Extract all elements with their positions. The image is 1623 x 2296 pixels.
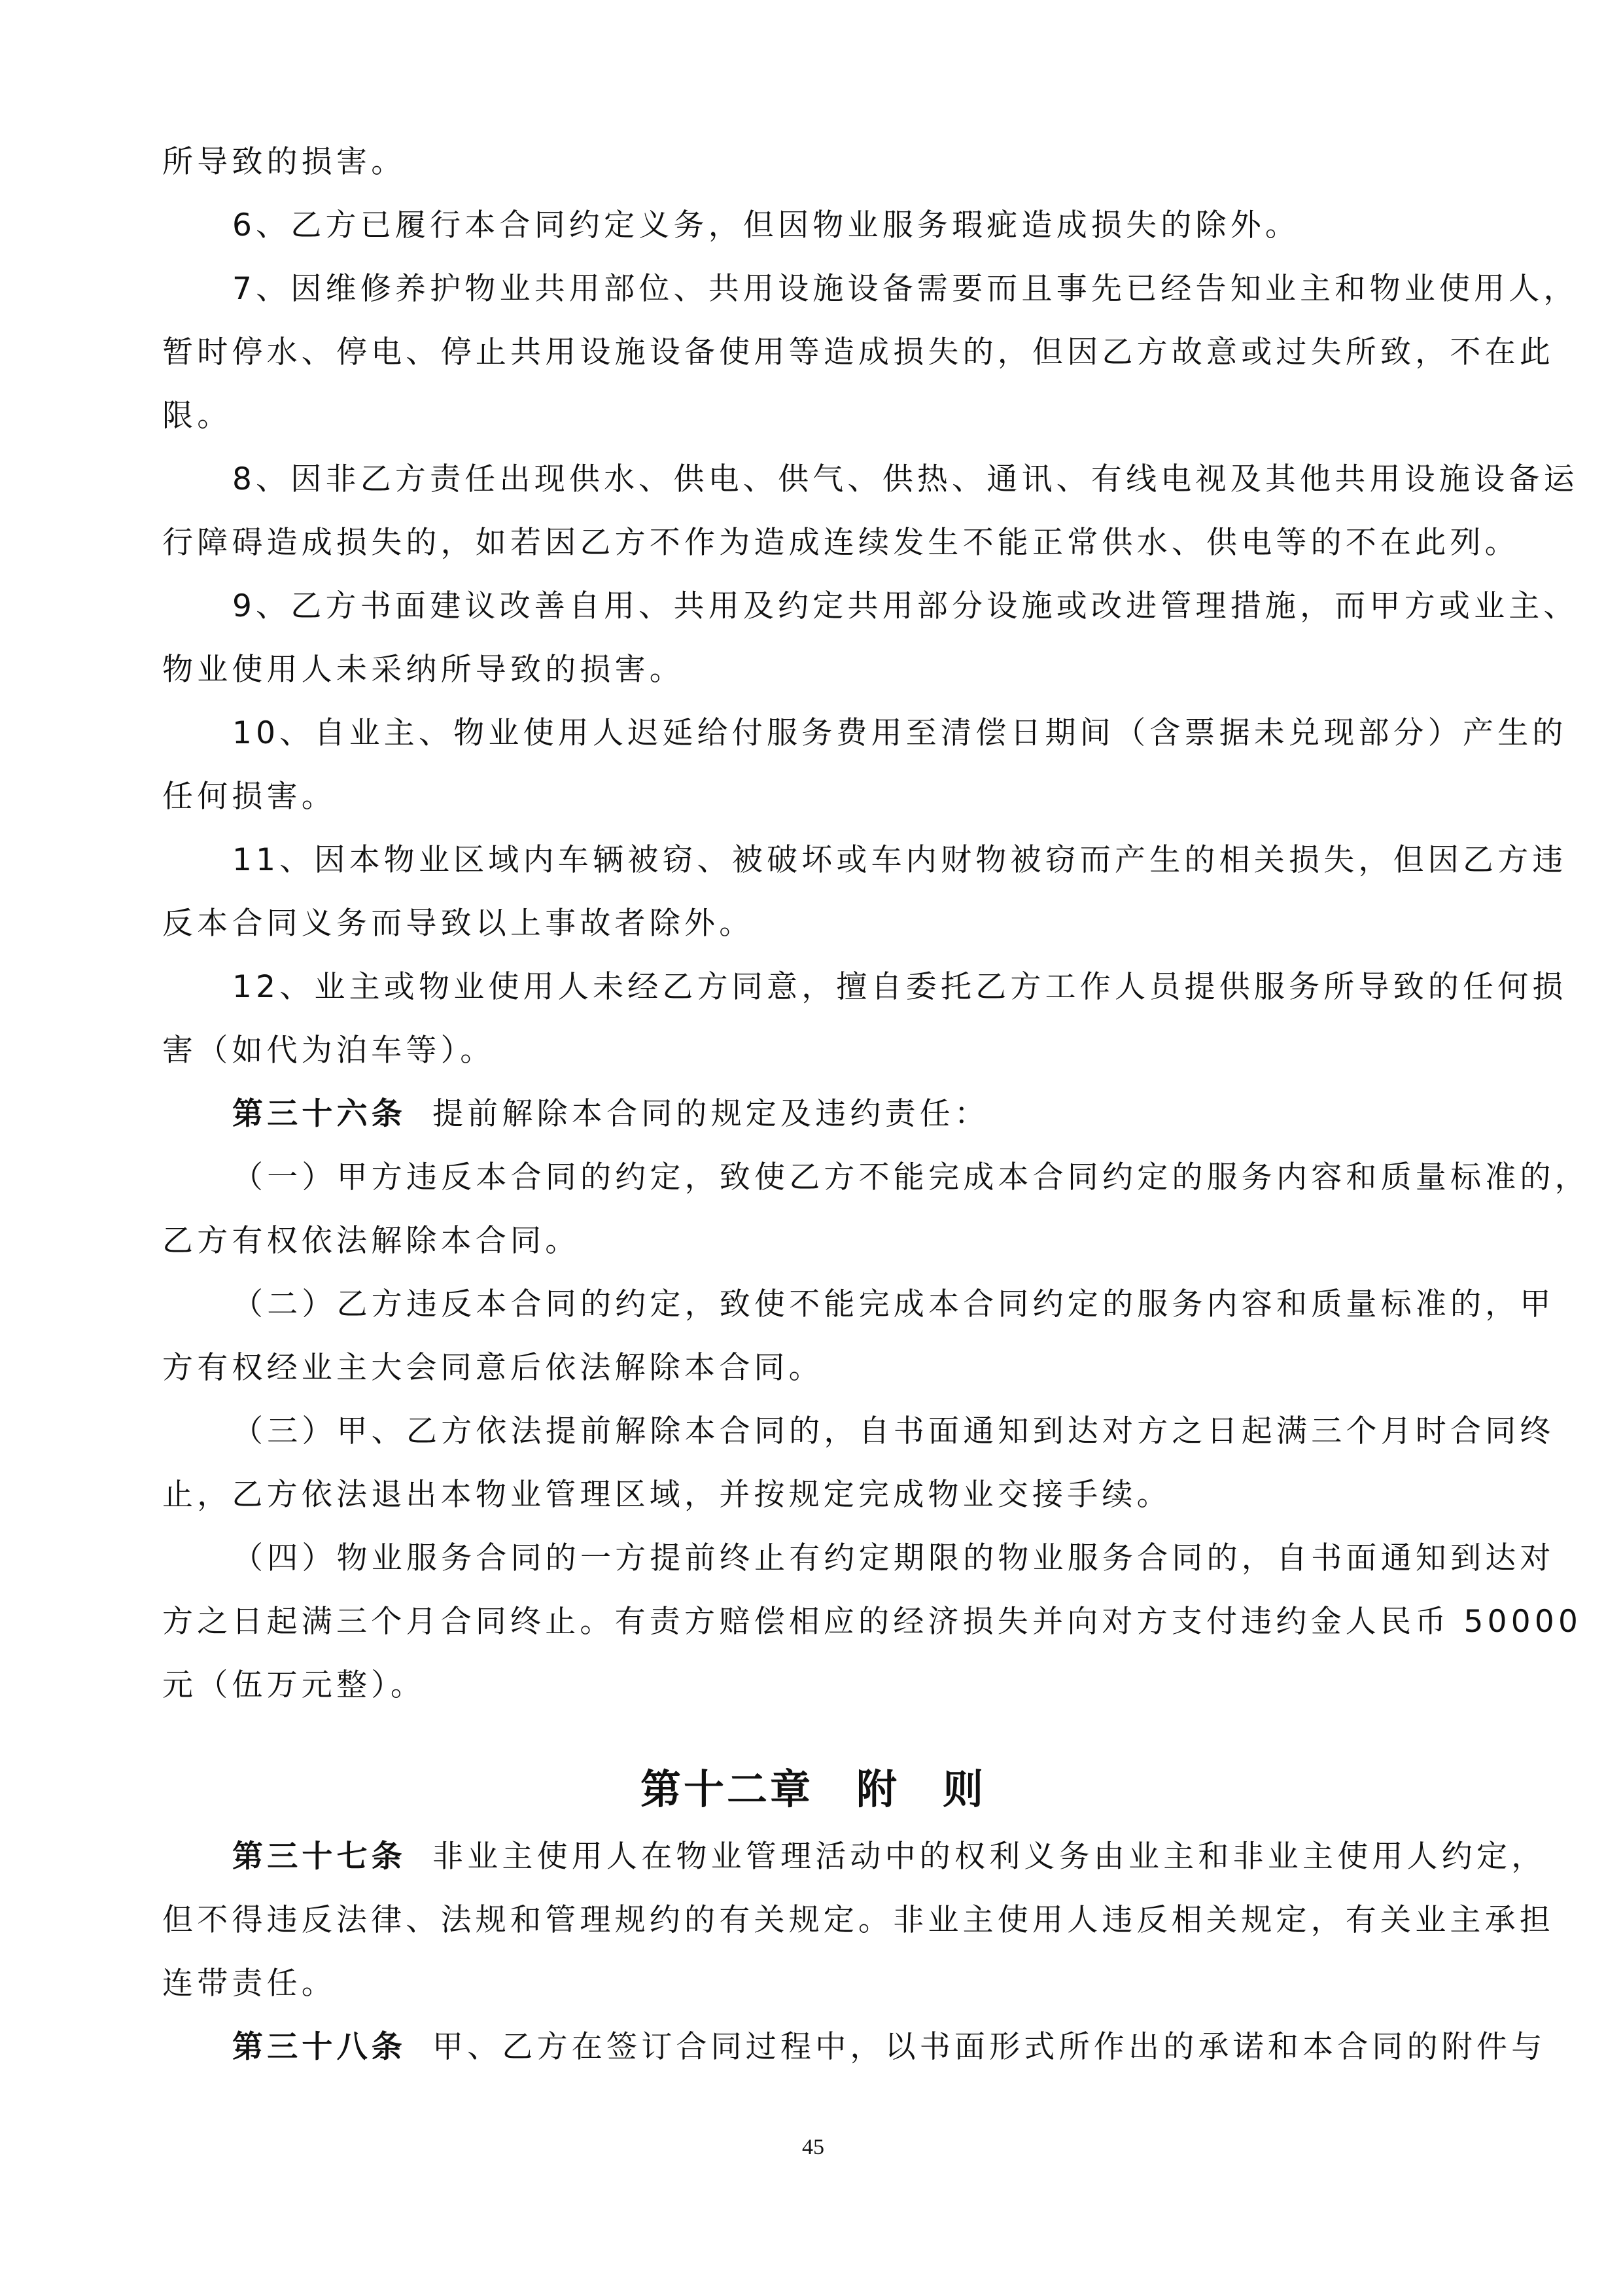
line-text: 非业主使用人在物业管理活动中的权利义务由业主和非业主使用人约定，: [432, 1839, 1546, 1875]
line-text: 甲、乙方在签订合同过程中，以书面形式所作出的承诺和本合同的附件与: [432, 2029, 1546, 2065]
line-text: 害（如代为泊车等）。: [162, 1033, 495, 1069]
line-text: 但不得违反法律、法规和管理规约的有关规定。非业主使用人违反相关规定，有关业主承担: [162, 1902, 1554, 1938]
article-label: 第三十八条: [232, 2029, 406, 2065]
line-text: 元（伍万元整）。: [162, 1667, 425, 1703]
line-text: 行障碍造成损失的，如若因乙方不作为造成连续发生不能正常供水、供电等的不在此列。: [162, 525, 1520, 561]
line-text: 方有权经业主大会同意后依法解除本合同。: [162, 1350, 824, 1386]
line-text: 止，乙方依法退出本物业管理区域，并按规定完成物业交接手续。: [162, 1477, 1172, 1513]
line-text: 11、因本物业区域内车辆被窃、被破坏或车内财物被窃而产生的相关损失，但因乙方违: [232, 842, 1567, 878]
text-line: 6、乙方已履行本合同约定义务，但因物业服务瑕疵造成损失的除外。: [162, 206, 1534, 245]
text-line: 11、因本物业区域内车辆被窃、被破坏或车内财物被窃而产生的相关损失，但因乙方违: [162, 841, 1534, 880]
line-text: （四）物业服务合同的一方提前终止有约定期限的物业服务合同的，自书面通知到达对: [232, 1540, 1555, 1576]
page-number: 45: [162, 2134, 1464, 2161]
text-line: 止，乙方依法退出本物业管理区域，并按规定完成物业交接手续。: [162, 1475, 1464, 1515]
line-text: （一）甲方违反本合同的约定，致使乙方不能完成本合同约定的服务内容和质量标准的，: [232, 1159, 1590, 1195]
article-paragraph: 第三十八条甲、乙方在签订合同过程中，以书面形式所作出的承诺和本合同的附件与: [162, 2028, 1534, 2067]
text-line: 暂时停水、停电、停止共用设施设备使用等造成损失的，但因乙方故意或过失所致，不在此: [162, 333, 1464, 372]
line-text: 7、因维修养护物业共用部位、共用设施设备需要而且事先已经告知业主和物业使用人，: [232, 271, 1579, 307]
article-label: 第三十七条: [232, 1839, 406, 1875]
line-text: （二）乙方违反本合同的约定，致使不能完成本合同约定的服务内容和质量标准的，甲: [232, 1286, 1555, 1322]
article-label: 第三十六条: [232, 1096, 406, 1132]
text-line: 方之日起满三个月合同终止。有责方赔偿相应的经济损失并向对方支付违约金人民币 50…: [162, 1602, 1464, 1642]
text-line: 行障碍造成损失的，如若因乙方不作为造成连续发生不能正常供水、供电等的不在此列。: [162, 523, 1464, 563]
text-line: 害（如代为泊车等）。: [162, 1031, 1464, 1070]
text-line: 9、乙方书面建议改善自用、共用及约定共用部分设施或改进管理措施，而甲方或业主、: [162, 587, 1534, 626]
text-line: 物业使用人未采纳所导致的损害。: [162, 650, 1464, 690]
text-line: 连带责任。: [162, 1964, 1464, 2004]
line-text: 暂时停水、停电、停止共用设施设备使用等造成损失的，但因乙方故意或过失所致，不在此: [162, 334, 1554, 370]
line-text: 乙方有权依法解除本合同。: [162, 1223, 580, 1259]
text-line: 12、业主或物业使用人未经乙方同意，擅自委托乙方工作人员提供服务所导致的任何损: [162, 968, 1534, 1007]
text-line: （四）物业服务合同的一方提前终止有约定期限的物业服务合同的，自书面通知到达对: [162, 1539, 1534, 1578]
text-line: 10、自业主、物业使用人迟延给付服务费用至清偿日期间（含票据未兑现部分）产生的: [162, 714, 1534, 753]
text-line: 方有权经业主大会同意后依法解除本合同。: [162, 1349, 1464, 1388]
text-line: 但不得违反法律、法规和管理规约的有关规定。非业主使用人违反相关规定，有关业主承担: [162, 1901, 1464, 1940]
text-line: （二）乙方违反本合同的约定，致使不能完成本合同约定的服务内容和质量标准的，甲: [162, 1285, 1534, 1324]
line-text: 任何损害。: [162, 779, 336, 815]
text-line: 8、因非乙方责任出现供水、供电、供气、供热、通讯、有线电视及其他共用设施设备运: [162, 460, 1534, 499]
line-text: 所导致的损害。: [162, 144, 406, 180]
line-text: 6、乙方已履行本合同约定义务，但因物业服务瑕疵造成损失的除外。: [232, 207, 1300, 243]
text-line: 元（伍万元整）。: [162, 1666, 1464, 1705]
line-text: 物业使用人未采纳所导致的损害。: [162, 652, 684, 688]
line-text: 10、自业主、物业使用人迟延给付服务费用至清偿日期间（含票据未兑现部分）产生的: [232, 715, 1567, 751]
line-text: 限。: [162, 398, 232, 434]
line-text: 8、因非乙方责任出现供水、供电、供气、供热、通讯、有线电视及其他共用设施设备运: [232, 461, 1579, 497]
line-text: 9、乙方书面建议改善自用、共用及约定共用部分设施或改进管理措施，而甲方或业主、: [232, 588, 1579, 624]
text-line: 所导致的损害。: [162, 143, 1464, 182]
text-line: （三）甲、乙方依法提前解除本合同的，自书面通知到达对方之日起满三个月时合同终: [162, 1412, 1534, 1451]
text-line: 任何损害。: [162, 777, 1464, 817]
text-line: 反本合同义务而导致以上事故者除外。: [162, 904, 1464, 944]
article-paragraph: 第三十六条提前解除本合同的规定及违约责任：: [162, 1095, 1534, 1134]
line-text: 连带责任。: [162, 1966, 336, 2002]
text-line: 乙方有权依法解除本合同。: [162, 1222, 1464, 1261]
article-paragraph: 第三十七条非业主使用人在物业管理活动中的权利义务由业主和非业主使用人约定，: [162, 1837, 1534, 1877]
line-text: 方之日起满三个月合同终止。有责方赔偿相应的经济损失并向对方支付违约金人民币 50…: [162, 1604, 1582, 1640]
line-text: （三）甲、乙方依法提前解除本合同的，自书面通知到达对方之日起满三个月时合同终: [232, 1413, 1555, 1449]
text-line: 限。: [162, 397, 1464, 436]
line-text: 12、业主或物业使用人未经乙方同意，擅自委托乙方工作人员提供服务所导致的任何损: [232, 969, 1567, 1005]
line-text: 提前解除本合同的规定及违约责任：: [432, 1096, 989, 1132]
text-line: 7、因维修养护物业共用部位、共用设施设备需要而且事先已经告知业主和物业使用人，: [162, 270, 1534, 309]
chapter-heading: 第十二章 附 则: [162, 1763, 1464, 1816]
text-line: （一）甲方违反本合同的约定，致使乙方不能完成本合同约定的服务内容和质量标准的，: [162, 1158, 1534, 1197]
line-text: 反本合同义务而导致以上事故者除外。: [162, 906, 754, 942]
